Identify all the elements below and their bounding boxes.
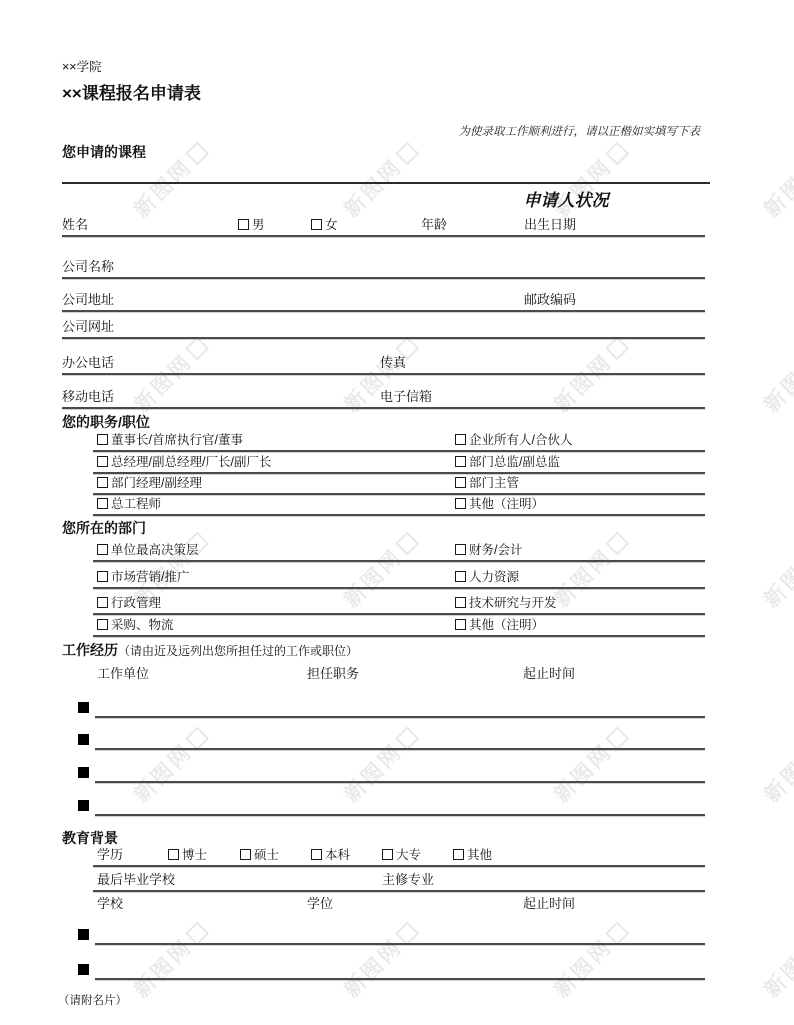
department-option-top-management[interactable]: 单位最高决策层	[97, 540, 199, 558]
checkbox-icon[interactable]	[240, 849, 251, 860]
content-layer: ××学院 ××课程报名申请表 为使录取工作顺利进行，请以正楷如实填写下表 您申请…	[0, 0, 794, 1025]
bullet-icon	[78, 964, 89, 975]
bullet-icon	[78, 734, 89, 745]
checkbox-icon[interactable]	[97, 477, 108, 488]
department-option-hr[interactable]: 人力资源	[455, 567, 519, 585]
checkbox-icon[interactable]	[455, 597, 466, 608]
education-entry-line[interactable]	[95, 917, 705, 945]
edu-period-header: 起止时间	[523, 893, 575, 912]
last-school-label: 最后毕业学校	[97, 869, 175, 888]
checkbox-icon[interactable]	[168, 849, 179, 860]
position-option-director[interactable]: 部门总监/副总监	[455, 452, 560, 470]
major-label: 主修专业	[382, 869, 434, 888]
department-option-admin[interactable]: 行政管理	[97, 593, 161, 611]
form-page: 新图网新图网新图网新图网新图网新图网新图网新图网新图网新图网新图网新图网新图网新…	[0, 0, 794, 1025]
work-entry-line[interactable]	[95, 755, 705, 783]
fax-label: 传真	[380, 352, 406, 371]
checkbox-icon[interactable]	[455, 477, 466, 488]
checkbox-icon[interactable]	[97, 434, 108, 445]
position-option-chairman[interactable]: 董事长/首席执行官/董事	[97, 430, 243, 448]
bullet-icon	[78, 702, 89, 713]
bullet-icon	[78, 929, 89, 940]
checkbox-icon[interactable]	[311, 849, 322, 860]
checkbox-icon[interactable]	[311, 219, 322, 230]
work-table-header: 工作单位 担任职务 起止时间	[62, 663, 705, 681]
degree-option-master[interactable]: 硕士	[240, 845, 279, 863]
department-row: 市场营销/推广 人力资源	[93, 563, 705, 589]
company-address-label: 公司地址	[62, 289, 114, 308]
position-row: 部门经理/副经理 部门主管	[93, 472, 705, 495]
age-label: 年龄	[421, 214, 447, 233]
degree-row: 学历 博士 硕士 本科 大专 其他	[93, 841, 705, 867]
applicant-status-heading: 申请人状况	[420, 186, 712, 211]
school-header: 学校	[97, 893, 123, 912]
position-option-owner[interactable]: 企业所有人/合伙人	[455, 430, 572, 448]
checkbox-icon[interactable]	[455, 434, 466, 445]
position-option-gm[interactable]: 总经理/副总经理/厂长/副厂长	[97, 452, 271, 470]
department-row: 采购、物流 其他（注明）	[93, 611, 705, 637]
work-section-subtitle: （请由近及远列出您所担任过的工作或职位）	[118, 644, 358, 658]
education-entry-line[interactable]	[95, 952, 705, 980]
department-option-rnd[interactable]: 技术研究与开发	[455, 593, 557, 611]
position-option-chief-engineer[interactable]: 总工程师	[97, 494, 161, 512]
company-website-field[interactable]: 公司网址	[62, 313, 705, 339]
company-website-label: 公司网址	[62, 316, 114, 335]
work-position-header: 担任职务	[307, 663, 359, 682]
work-entry-line[interactable]	[95, 788, 705, 816]
work-unit-header: 工作单位	[97, 663, 149, 682]
company-name-label: 公司名称	[62, 256, 114, 275]
department-option-other[interactable]: 其他（注明）	[455, 615, 544, 633]
checkbox-icon[interactable]	[97, 498, 108, 509]
checkbox-icon[interactable]	[97, 456, 108, 467]
checkbox-icon[interactable]	[97, 571, 108, 582]
work-entry-line[interactable]	[95, 690, 705, 718]
degree-option-phd[interactable]: 博士	[168, 845, 207, 863]
email-label: 电子信箱	[380, 386, 432, 405]
org-name: ××学院	[62, 57, 102, 75]
male-label: 男	[252, 215, 265, 233]
mobile-phone-label: 移动电话	[62, 386, 114, 405]
checkbox-icon[interactable]	[97, 544, 108, 555]
education-table-header: 学校 学位 起止时间	[62, 893, 705, 911]
checkbox-icon[interactable]	[97, 619, 108, 630]
office-phone-field[interactable]: 办公电话 传真	[62, 349, 705, 375]
work-period-header: 起止时间	[523, 663, 575, 682]
name-row-field[interactable]: 姓名 男 女 年龄 出生日期	[62, 211, 705, 237]
attach-card-note: （请附名片）	[58, 992, 127, 1008]
position-option-dept-manager[interactable]: 部门经理/副经理	[97, 473, 202, 491]
work-entry-line[interactable]	[95, 722, 705, 750]
birth-date-label: 出生日期	[524, 214, 576, 233]
degree-option-bachelor[interactable]: 本科	[311, 845, 350, 863]
work-section-title: 工作经历（请由近及远列出您所担任过的工作或职位）	[62, 640, 358, 660]
position-option-other[interactable]: 其他（注明）	[455, 494, 544, 512]
office-phone-label: 办公电话	[62, 352, 114, 371]
checkbox-icon[interactable]	[382, 849, 393, 860]
checkbox-icon[interactable]	[455, 498, 466, 509]
checkbox-icon[interactable]	[455, 544, 466, 555]
checkbox-icon[interactable]	[97, 597, 108, 608]
bullet-icon	[78, 767, 89, 778]
checkbox-icon[interactable]	[453, 849, 464, 860]
course-applied-label: 您申请的课程	[62, 142, 146, 162]
degree-option-other[interactable]: 其他	[453, 845, 492, 863]
bullet-icon	[78, 800, 89, 811]
department-option-finance[interactable]: 财务/会计	[455, 540, 522, 558]
position-row: 总工程师 其他（注明）	[93, 493, 705, 516]
gender-female-checkbox[interactable]: 女	[311, 215, 338, 233]
position-row: 董事长/首席执行官/董事 企业所有人/合伙人	[93, 429, 705, 452]
company-name-field[interactable]: 公司名称	[62, 253, 705, 279]
checkbox-icon[interactable]	[455, 619, 466, 630]
position-row: 总经理/副总经理/厂长/副厂长 部门总监/副总监	[93, 451, 705, 474]
name-label: 姓名	[62, 214, 88, 233]
degree-header: 学位	[307, 893, 333, 912]
checkbox-icon[interactable]	[238, 219, 249, 230]
mobile-phone-field[interactable]: 移动电话 电子信箱	[62, 383, 705, 409]
company-address-field[interactable]: 公司地址 邮政编码	[62, 286, 705, 312]
checkbox-icon[interactable]	[455, 571, 466, 582]
zip-code-label: 邮政编码	[524, 289, 576, 308]
female-label: 女	[325, 215, 338, 233]
position-option-supervisor[interactable]: 部门主管	[455, 473, 519, 491]
department-section-title: 您所在的部门	[62, 518, 146, 538]
gender-male-checkbox[interactable]: 男	[238, 215, 265, 233]
last-school-field[interactable]: 最后毕业学校 主修专业	[93, 866, 705, 892]
department-option-marketing[interactable]: 市场营销/推广	[97, 567, 189, 585]
degree-label: 学历	[97, 844, 123, 863]
instruction-note: 为使录取工作顺利进行，请以正楷如实填写下表	[459, 123, 701, 139]
checkbox-icon[interactable]	[455, 456, 466, 467]
section-divider	[62, 182, 710, 184]
department-row: 单位最高决策层 财务/会计	[93, 536, 705, 562]
department-option-procurement[interactable]: 采购、物流	[97, 615, 174, 633]
degree-option-college[interactable]: 大专	[382, 845, 421, 863]
form-title: ××课程报名申请表	[62, 79, 201, 104]
